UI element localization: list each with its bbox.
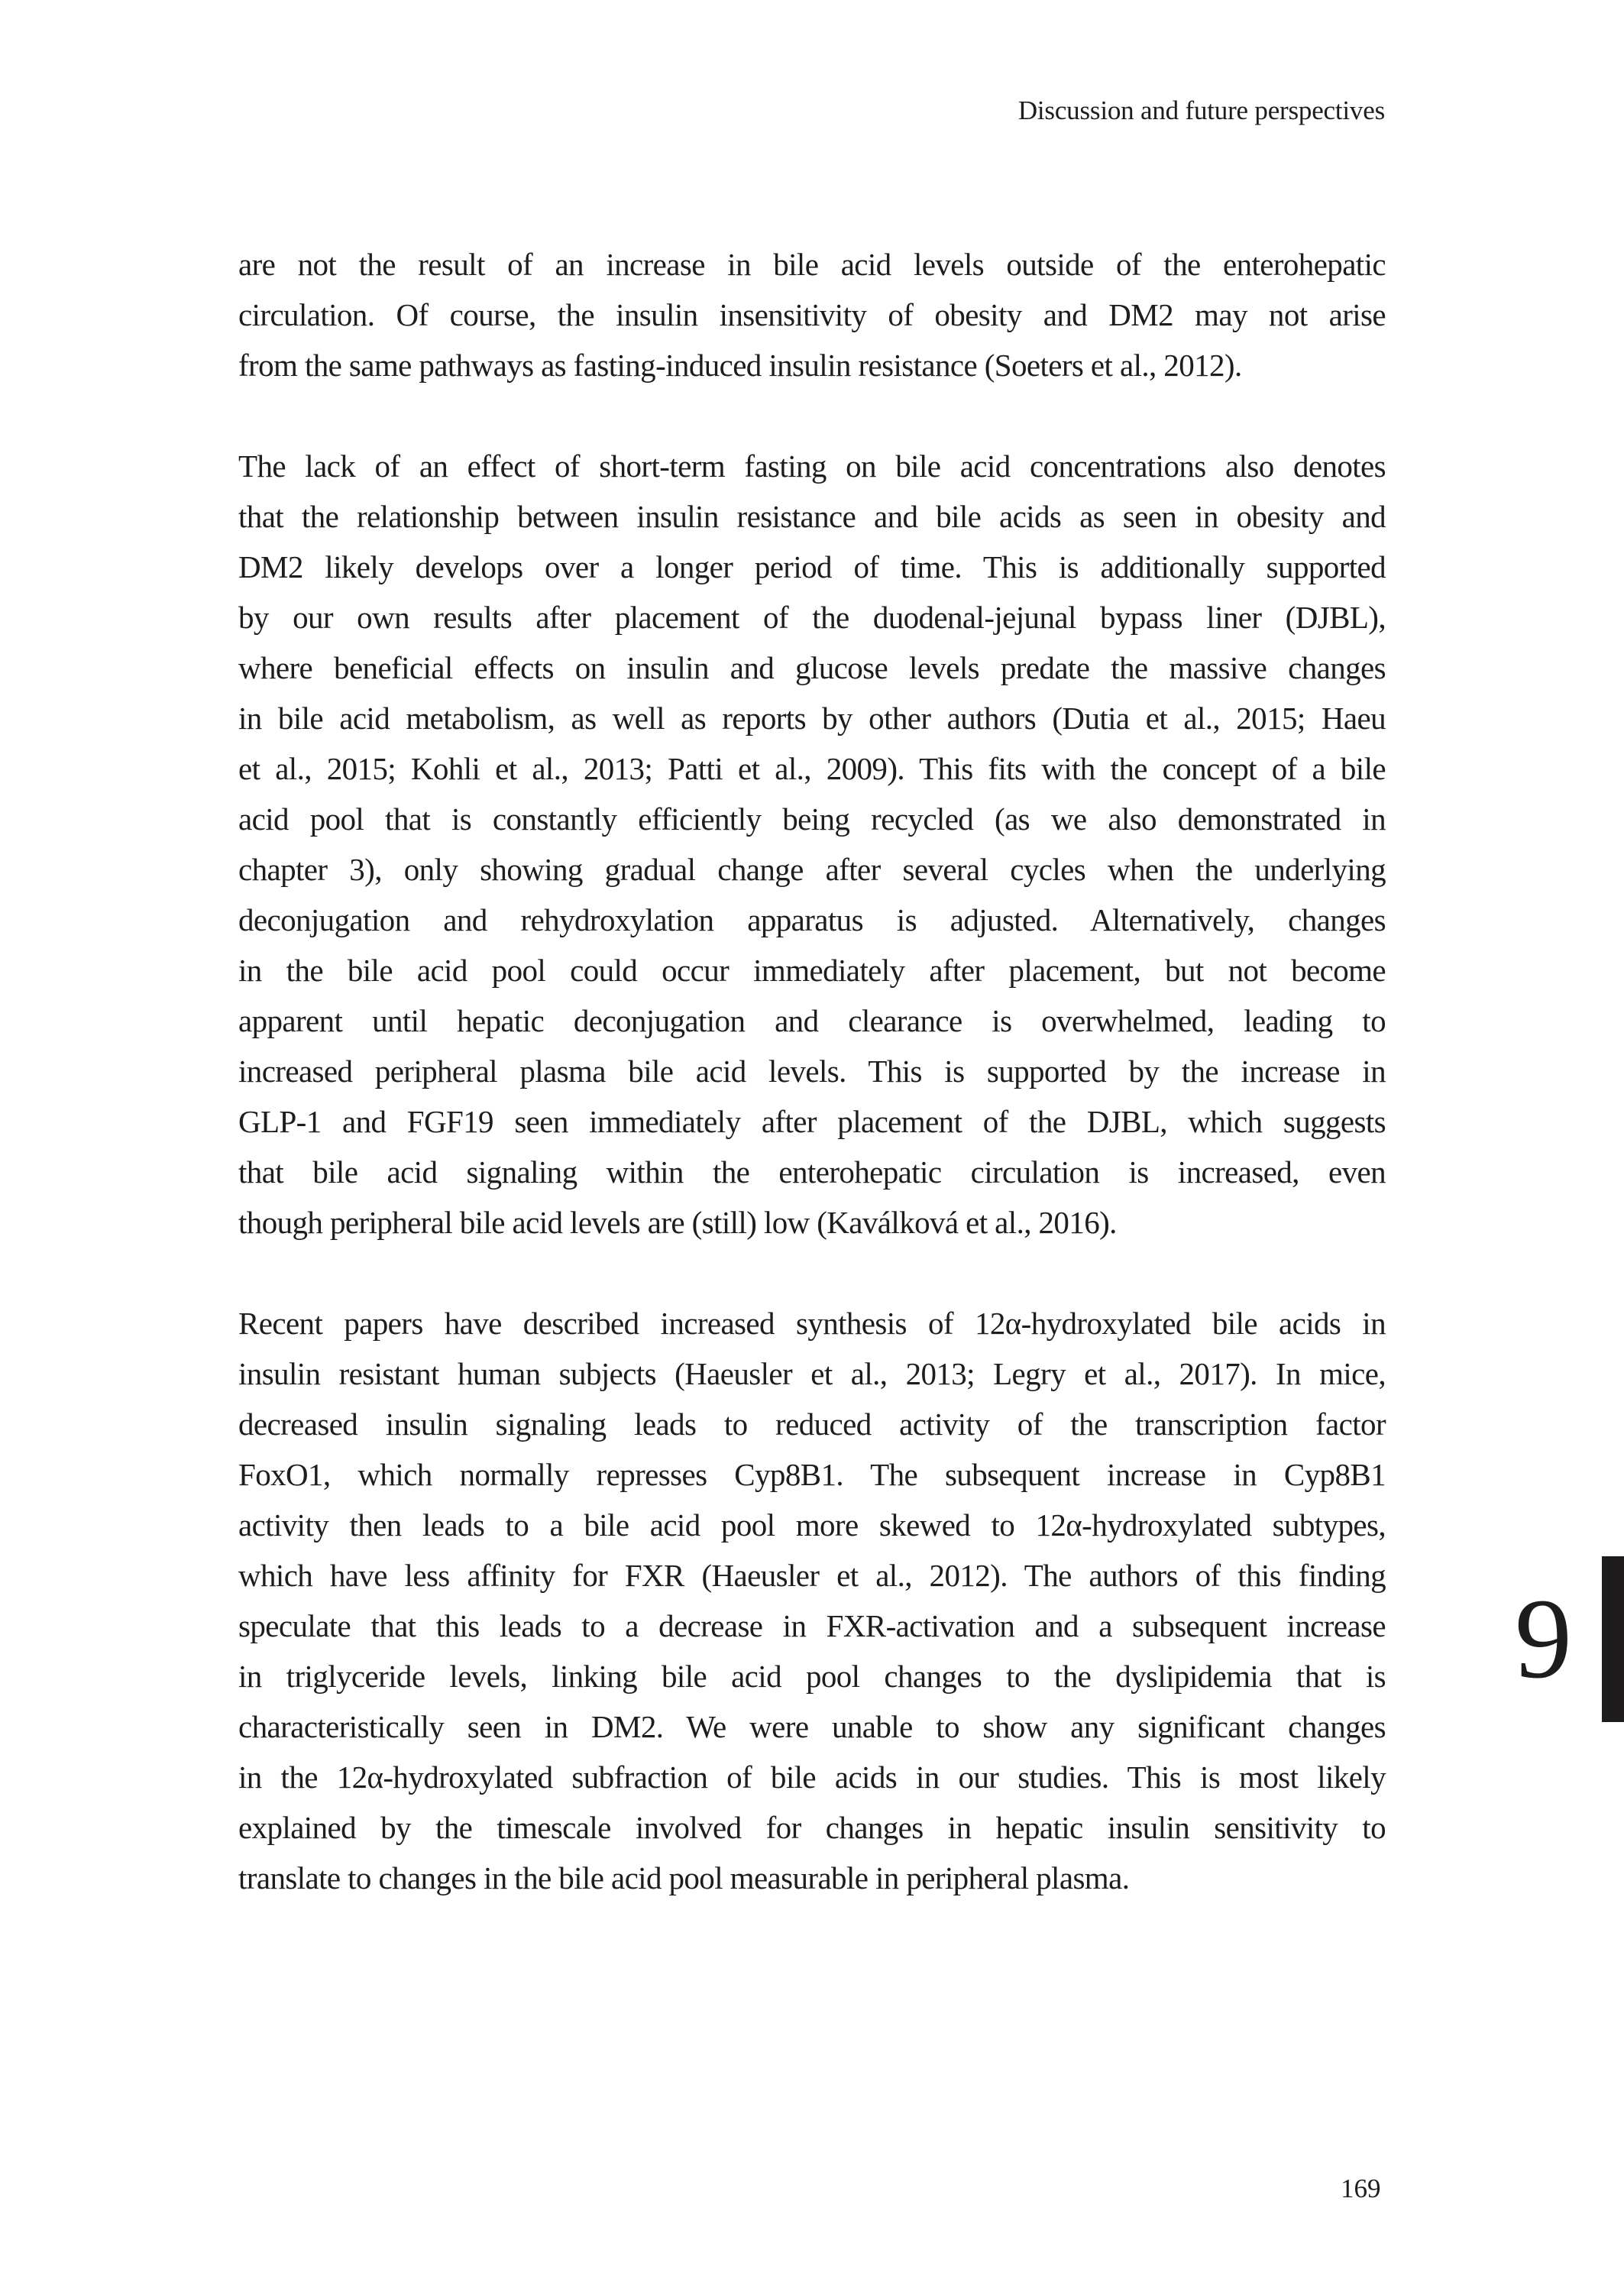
text-line: that bile acid signaling within the ente… [238, 1147, 1386, 1197]
text-line: in triglyceride levels, linking bile aci… [238, 1651, 1386, 1701]
text-line: FoxO1, which normally represses Cyp8B1. … [238, 1449, 1386, 1500]
text-line: acid pool that is constantly efficiently… [238, 794, 1386, 844]
paragraph-3: Recent papers have described increased s… [238, 1298, 1386, 1903]
text-line: insulin resistant human subjects (Haeusl… [238, 1348, 1386, 1399]
text-line: GLP-1 and FGF19 seen immediately after p… [238, 1096, 1386, 1147]
chapter-thumb-tab [1602, 1556, 1624, 1722]
text-line: characteristically seen in DM2. We were … [238, 1701, 1386, 1752]
text-line: apparent until hepatic deconjugation and… [238, 995, 1386, 1046]
running-header: Discussion and future perspectives [1018, 92, 1385, 130]
text-line: where beneficial effects on insulin and … [238, 643, 1386, 693]
text-line: translate to changes in the bile acid po… [238, 1853, 1386, 1903]
text-line: that the relationship between insulin re… [238, 491, 1386, 542]
text-line: chapter 3), only showing gradual change … [238, 844, 1386, 895]
chapter-number: 9 [1515, 1574, 1572, 1704]
text-line: in bile acid metabolism, as well as repo… [238, 693, 1386, 743]
text-line: Recent papers have described increased s… [238, 1298, 1386, 1348]
text-line: decreased insulin signaling leads to red… [238, 1399, 1386, 1449]
text-line: increased peripheral plasma bile acid le… [238, 1046, 1386, 1096]
text-line: in the bile acid pool could occur immedi… [238, 945, 1386, 995]
text-line: though peripheral bile acid levels are (… [238, 1197, 1386, 1248]
text-line: by our own results after placement of th… [238, 592, 1386, 643]
page-number: 169 [1341, 2170, 1381, 2208]
text-line: et al., 2015; Kohli et al., 2013; Patti … [238, 743, 1386, 794]
text-line: explained by the timescale involved for … [238, 1802, 1386, 1853]
paragraph-spacer [238, 1248, 1386, 1298]
text-line: circulation. Of course, the insulin inse… [238, 290, 1386, 340]
text-line: The lack of an effect of short-term fast… [238, 441, 1386, 491]
text-line: from the same pathways as fasting-induce… [238, 340, 1386, 390]
text-line: activity then leads to a bile acid pool … [238, 1500, 1386, 1550]
text-line: speculate that this leads to a decrease … [238, 1601, 1386, 1651]
paragraph-spacer [238, 390, 1386, 441]
text-line: in the 12α-hydroxylated subfraction of b… [238, 1752, 1386, 1802]
text-line: deconjugation and rehydroxylation appara… [238, 895, 1386, 945]
paragraph-2: The lack of an effect of short-term fast… [238, 441, 1386, 1248]
paragraph-1: are not the result of an increase in bil… [238, 239, 1386, 390]
body-text: are not the result of an increase in bil… [238, 239, 1386, 1903]
text-line: which have less affinity for FXR (Haeusl… [238, 1550, 1386, 1601]
text-line: are not the result of an increase in bil… [238, 239, 1386, 290]
text-line: DM2 likely develops over a longer period… [238, 542, 1386, 592]
